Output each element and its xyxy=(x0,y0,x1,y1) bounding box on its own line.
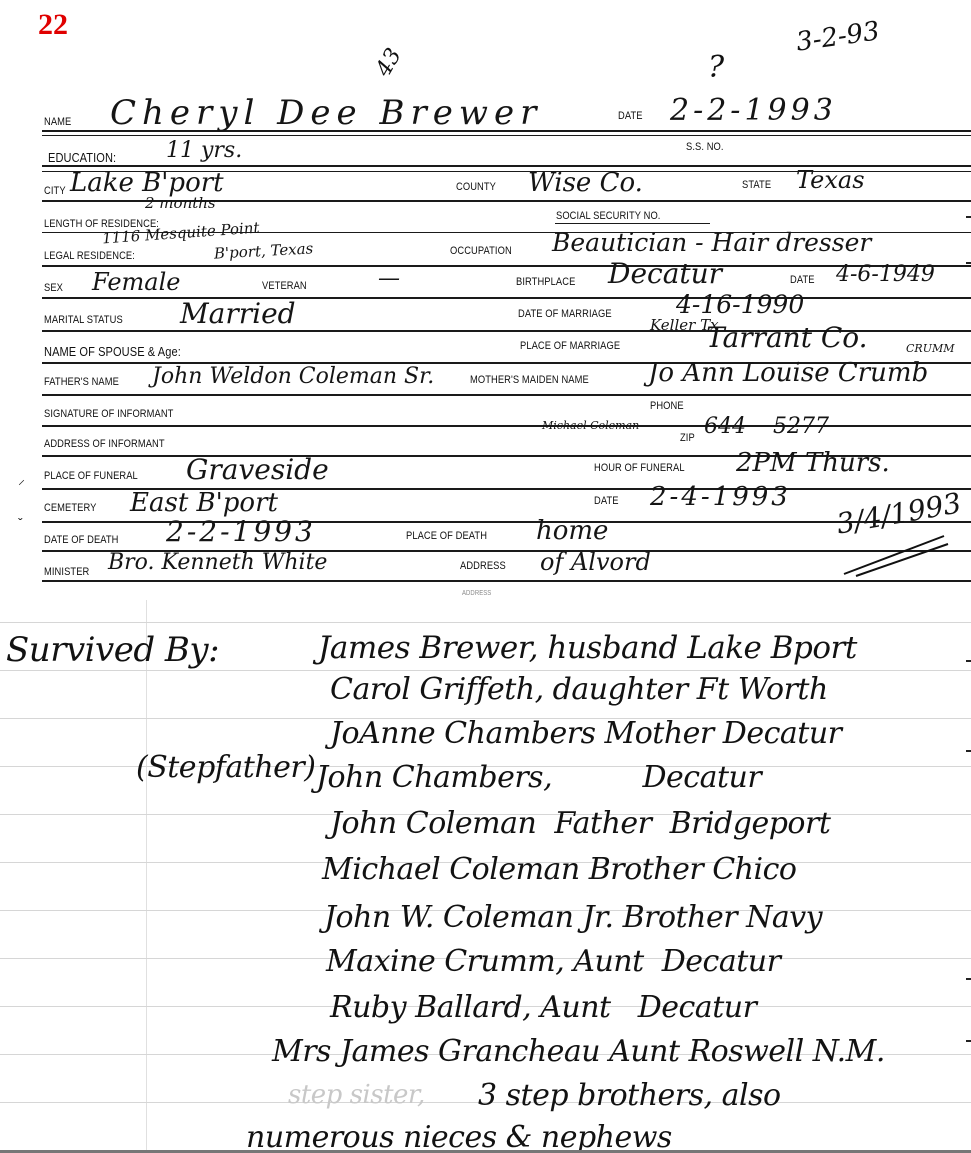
fathers-name-value[interactable]: John Weldon Coleman Sr. xyxy=(152,366,434,388)
place-of-death-value[interactable]: home xyxy=(536,518,608,544)
phone-value[interactable]: 644 5277 xyxy=(704,416,829,438)
education-value[interactable]: 11 yrs. xyxy=(166,140,242,162)
survivor-entry: John Chambers, Decatur xyxy=(316,760,761,795)
signature-label: SIGNATURE OF INFORMANT xyxy=(44,408,173,420)
funeral-date-value[interactable]: 2-4-1993 xyxy=(650,484,791,510)
city-label: CITY xyxy=(44,185,66,197)
date-label: DATE xyxy=(618,110,643,122)
minister-label: MINISTER xyxy=(44,566,89,578)
birth-date-label: DATE xyxy=(790,274,815,286)
survivor-entry: Michael Coleman Brother Chico xyxy=(322,852,796,887)
phone-label: PHONE xyxy=(650,400,684,412)
survivor-entry: Mrs James Grancheau Aunt Roswell N.M. xyxy=(272,1034,885,1069)
survivor-entry: Maxine Crumm, Aunt Decatur xyxy=(326,944,780,979)
cutoff-address-label: ADDRESS xyxy=(462,590,491,597)
survivors-section: Survived By: (Stepfather) James Brewer, … xyxy=(0,600,971,1153)
name-label: NAME xyxy=(44,116,71,128)
survivor-entry: John W. Coleman Jr. Brother Navy xyxy=(324,900,822,935)
date-of-death-value[interactable]: 2-2-1993 xyxy=(166,518,316,546)
minister-address-value[interactable]: of Alvord xyxy=(540,550,651,574)
spouse-label: NAME OF SPOUSE & Age: xyxy=(44,344,181,359)
marital-status-value[interactable]: Married xyxy=(180,300,296,328)
social-security-label: SOCIAL SECURITY NO. xyxy=(556,210,660,222)
marital-status-label: MARITAL STATUS xyxy=(44,314,123,326)
mothers-maiden-name-value[interactable]: Jo Ann Louise Crumb xyxy=(648,360,928,386)
survivor-entry: numerous nieces & nephews xyxy=(246,1120,672,1153)
date-of-death-label: DATE OF DEATH xyxy=(44,534,119,546)
faded-step-sister-note: step sister, xyxy=(288,1080,425,1110)
place-of-marriage-value[interactable]: Tarrant Co. xyxy=(706,324,868,352)
funeral-record-form: NAME Cheryl Dee Brewer DATE 2-2-1993 EDU… xyxy=(0,0,971,600)
place-of-marriage-label: PLACE OF MARRIAGE xyxy=(520,340,620,352)
length-of-residence-value[interactable]: 2 months xyxy=(145,196,216,211)
veteran-label: VETERAN xyxy=(262,280,307,292)
hour-of-funeral-value[interactable]: 2PM Thurs. xyxy=(736,450,890,476)
occupation-value[interactable]: Beautician - Hair dresser xyxy=(552,230,871,255)
county-value[interactable]: Wise Co. xyxy=(528,170,643,196)
check-mark: ⸝ xyxy=(18,470,25,489)
place-of-funeral-label: PLACE OF FUNERAL xyxy=(44,470,138,482)
birth-date-value[interactable]: 4-6-1949 xyxy=(836,264,935,286)
mothers-maiden-name-label: MOTHER'S MAIDEN NAME xyxy=(470,374,589,386)
state-value[interactable]: Texas xyxy=(796,168,865,192)
sex-value[interactable]: Female xyxy=(92,270,181,294)
ss-no-label: S.S. NO. xyxy=(686,141,724,153)
survivor-entry: James Brewer, husband Lake Bport xyxy=(318,630,857,666)
place-of-funeral-value[interactable]: Graveside xyxy=(186,456,329,484)
education-label: EDUCATION: xyxy=(48,150,116,165)
veteran-value[interactable]: — xyxy=(378,268,400,290)
funeral-date-label: DATE xyxy=(594,495,619,507)
survivor-entry: Ruby Ballard, Aunt Decatur xyxy=(330,990,756,1025)
sex-label: SEX xyxy=(44,282,63,294)
legal-residence-line2[interactable]: B'port, Texas xyxy=(214,241,314,261)
survived-by-heading: Survived By: xyxy=(6,630,219,670)
place-of-death-label: PLACE OF DEATH xyxy=(406,530,487,542)
minister-value[interactable]: Bro. Kenneth White xyxy=(108,552,327,574)
zip-label: ZIP xyxy=(680,432,695,444)
city-value[interactable]: Lake B'port xyxy=(70,170,224,196)
legal-residence-label: LEGAL RESIDENCE: xyxy=(44,250,135,262)
address-of-informant-label: ADDRESS OF INFORMANT xyxy=(44,438,165,450)
hour-of-funeral-label: HOUR OF FUNERAL xyxy=(594,462,685,474)
name-value[interactable]: Cheryl Dee Brewer xyxy=(110,96,542,130)
strike-marks xyxy=(836,526,956,578)
date-of-marriage-label: DATE OF MARRIAGE xyxy=(518,308,612,320)
stepfather-label: (Stepfather) xyxy=(136,750,315,785)
survivor-entry: Carol Griffeth, daughter Ft Worth xyxy=(330,672,828,707)
survivor-entry: 3 step brothers, also xyxy=(478,1078,781,1113)
date-of-marriage-value[interactable]: 4-16-1990 xyxy=(676,292,804,317)
check-mark: ˬ xyxy=(18,504,23,520)
state-label: STATE xyxy=(742,179,771,191)
address-of-informant-value[interactable]: Michael Coleman xyxy=(542,420,639,431)
fathers-name-label: FATHER'S NAME xyxy=(44,376,119,388)
birthplace-label: BIRTHPLACE xyxy=(516,276,575,288)
survivor-entry: JoAnne Chambers Mother Decatur xyxy=(330,716,842,751)
occupation-label: OCCUPATION xyxy=(450,245,512,257)
birthplace-value[interactable]: Decatur xyxy=(608,260,722,288)
minister-address-label: ADDRESS xyxy=(460,560,506,572)
cemetery-label: CEMETERY xyxy=(44,502,96,514)
county-label: COUNTY xyxy=(456,181,496,193)
cemetery-value[interactable]: East B'port xyxy=(130,490,278,516)
mothers-name-annotation: CRUMM xyxy=(906,343,955,354)
survivor-entry: John Coleman Father Bridgeport xyxy=(330,806,830,841)
date-value[interactable]: 2-2-1993 xyxy=(670,96,837,126)
